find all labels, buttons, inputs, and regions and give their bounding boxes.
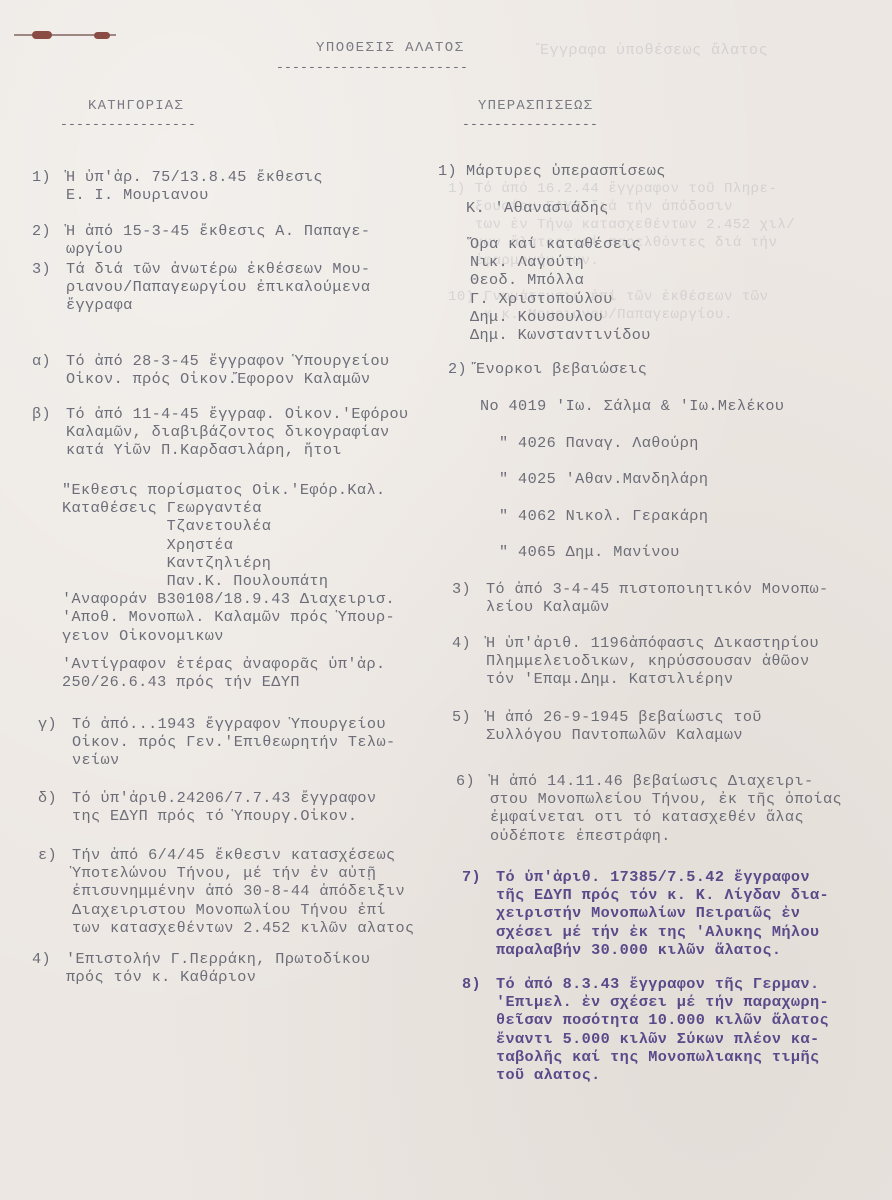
prosecution-item-number: β) (32, 405, 51, 423)
defense-item-number: 4) (452, 634, 471, 652)
defense-item-text: Ὅρα καί καταθέσεις Νικ. Λαγούτη Θεοδ. Μπ… (470, 235, 651, 344)
prosecution-item-text: 'Επιστολήν Γ.Περράκη, Πρωτοδίκου πρός τό… (66, 950, 370, 986)
defense-item-text: Ἡ ἀπό 14.11.46 βεβαίωσις Διαχειρι- στου … (490, 772, 842, 845)
prosecution-item-text: Ἡ ὑπ'ἀρ. 75/13.8.45 ἔκθεσις Ε. Ι. Μουρια… (66, 168, 323, 204)
prosecution-underline: ----------------- (60, 117, 196, 132)
document-page: Ἔγγραφα ὑποθέσεως ἅλατος 1) Τό ἀπό 16.2.… (0, 0, 892, 1200)
defense-item-text: Ἔνορκοι βεβαιώσεις (476, 360, 647, 378)
prosecution-item-number: 4) (32, 950, 51, 968)
defense-item-number: 8) (462, 975, 481, 993)
defense-item-number: 1) (438, 162, 457, 180)
prosecution-item-number: ε) (38, 846, 57, 864)
prosecution-item-text: 'Αντίγραφον ἑτέρας ἀναφορᾶς ὑπ'ἀρ. 250/2… (62, 655, 385, 691)
title-underline: ------------------------ (276, 60, 468, 75)
prosecution-item-text: "Εκθεσις πορίσματος Οἰκ.'Εφόρ.Καλ. Καταθ… (62, 481, 395, 645)
defense-item-number: 6) (456, 772, 475, 790)
prosecution-item-text: Τό ἀπό 11-4-45 ἔγγραφ. Οἰκον.'Εφόρου Καλ… (66, 405, 409, 460)
defense-item-text: Τό ἀπό 3-4-45 πιστοποιητικόν Μονοπω- λεί… (486, 580, 829, 616)
prosecution-item-number: γ) (38, 715, 57, 733)
prosecution-item-text: Τά διά τῶν ἀνωτέρω ἐκθέσεων Μου- ριανου/… (66, 260, 370, 315)
defense-item-number: 7) (462, 868, 481, 886)
defense-item-text: Μάρτυρες ὑπερασπίσεως (466, 162, 666, 180)
prosecution-item-text: Τό ὑπ'ἀριθ.24206/7.7.43 ἔγγραφον της ΕΔΥ… (72, 789, 376, 825)
defense-item-text: Κ. 'Αθανασιάδης (466, 199, 609, 217)
defense-item-number: 3) (452, 580, 471, 598)
defense-item-number: 5) (452, 708, 471, 726)
prosecution-item-number: 2) (32, 222, 51, 240)
staple-mark (14, 31, 118, 39)
prosecution-item-number: α) (32, 352, 51, 370)
affidavit-entry: " 4025 'Αθαν.Μανδηλάρη (480, 470, 708, 488)
prosecution-item-number: 1) (32, 168, 51, 186)
defense-item-text: Ἡ ὑπ'ἀριθ. 1196ἀπόφασις Δικαστηρίου Πλημ… (486, 634, 819, 689)
prosecution-item-text: Ἡ ἀπό 15-3-45 ἔκθεσις Α. Παπαγε- ωργίου (66, 222, 370, 258)
prosecution-item-number: 3) (32, 260, 51, 278)
defense-item-text: Ἡ ἀπό 26-9-1945 βεβαίωσις τοῦ Συλλόγου Π… (486, 708, 762, 744)
prosecution-item-number: δ) (38, 789, 57, 807)
affidavit-entry: " 4026 Παναγ. Λαθούρη (480, 434, 699, 452)
affidavit-entry: " 4062 Νικολ. Γερακάρη (480, 507, 708, 525)
defense-item-text: Τό ἀπό 8.3.43 ἔγγραφον τῆς Γερμαν. 'Επιμ… (496, 975, 829, 1084)
prosecution-item-text: Τήν ἀπό 6/4/45 ἔκθεσιν κατασχέσεως Ὑποτε… (72, 846, 415, 937)
affidavit-entry: Νο 4019 'Ιω. Σάλμα & 'Ιω.Μελέκου (480, 397, 784, 415)
prosecution-item-text: Τό ἀπό...1943 ἔγγραφον Ὑπουργείου Οἰκον.… (72, 715, 395, 770)
prosecution-item-text: Τό ἀπό 28-3-45 ἔγγραφον Ὑπουργείου Οἰκον… (66, 352, 389, 388)
defense-item-text: Τό ὑπ'ἀριθ. 17385/7.5.42 ἔγγραφον τῆς ΕΔ… (496, 868, 829, 959)
defense-underline: ----------------- (462, 117, 598, 132)
bleed-through-header: Ἔγγραφα ὑποθέσεως ἅλατος (540, 42, 768, 60)
prosecution-heading: ΚΑΤΗΓΟΡΙΑΣ (88, 98, 184, 114)
defense-heading: ΥΠΕΡΑΣΠΙΣΕΩΣ (478, 98, 593, 114)
document-title: ΥΠΟΘΕΣΙΣ ΑΛΑΤΟΣ (316, 40, 465, 56)
affidavit-entry: " 4065 Δημ. Μανίνου (480, 543, 680, 561)
defense-item-number: 2) (448, 360, 467, 378)
